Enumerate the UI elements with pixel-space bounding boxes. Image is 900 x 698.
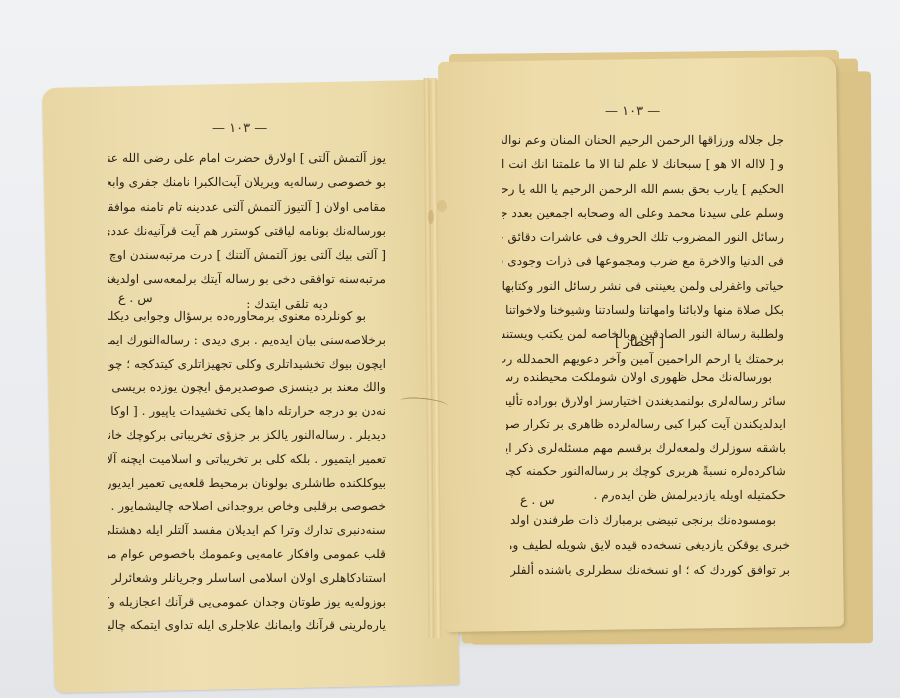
text-line: سائر رساله‌لرى بولنمديغندن اختيارسز اولا… (506, 390, 786, 414)
right-page-number: — ١٠٣ — (605, 104, 660, 119)
right-paragraph-2: بورساله‌نك محل ظهورى اولان شوملكت محيطند… (506, 366, 786, 507)
text-line: بورساله‌نك بونامه لياقتى كوسترر هم آيت ق… (108, 219, 386, 243)
text-line: بيوكلكنده طاشلرى بولونان برمحيط قلعه‌يى … (108, 472, 386, 496)
text-line: باشقه سوزلرك ولمعه‌لرك برقسم مهم مسئله‌ل… (506, 437, 786, 461)
text-line: بورساله‌نك محل ظهورى اولان شوملكت محيطند… (506, 366, 786, 390)
text-line: شاكرده‌لره نسبةً هربرى كوچك بر رساله‌الن… (506, 460, 786, 484)
text-line: الحكيم ] يارب بحق بسم الله الرحمن الرحيم… (502, 177, 784, 201)
text-line: والك معند بر دينسزى صوصديرمق ايچون يوزده… (108, 376, 386, 400)
text-line: جل جلاله ورزاقها الرحمن الرحيم الحنان ال… (502, 128, 784, 152)
paper-stain (428, 210, 434, 224)
text-line: خصوصى برقلبى وخاص بروجدانى اصلاحه چاليشم… (108, 495, 386, 519)
text-line: برخلاصه‌سنى بيان ايده‌يم . برى ديدى : رس… (108, 329, 386, 353)
text-line: فى الدنيا والاخرة مع ضرب ومجموعها فى ذرا… (502, 249, 784, 273)
text-line: بومسوده‌نك برنجى تبيضى برمبارك ذات طرفند… (510, 508, 790, 533)
text-line: و [ لااله الا هو ] سبحانك لا علم لنا الا… (502, 152, 784, 176)
left-paragraph-2: بو كونلرده معنوى برمحاوره‌ده برسؤال وجوا… (108, 305, 386, 638)
text-line: ايچون بيوك تخشيداتلرى وكلى تجهيزاتلرى كي… (108, 353, 386, 377)
left-page-number: — ١٠٣ — (212, 121, 267, 136)
text-line: حياتى واغفرلى ولمن يعيننى فى نشر رسائل ا… (502, 274, 784, 298)
text-line: وسلم على سيدنا محمد وعلى اله وصحابه اجمع… (502, 201, 784, 225)
text-line: تعمير ايتميور . بلكه كلى بر تخريباتى و ا… (108, 448, 386, 472)
text-line: استنادكاهلرى اولان اسلامى اساسلر وجريانل… (108, 567, 386, 591)
text-line: خبرى يوقكن يازديغى نسخه‌ده قيده لايق شوي… (510, 533, 790, 558)
text-line: بكل صلاة منها ولابائنا وامهاتنا ولسادتنا… (502, 298, 784, 322)
text-line: رسائل النور المضروب تلك الحروف فى عاشرات… (502, 225, 784, 249)
text-line: نه‌دن بو درجه حرارتله داها يكى تخشيدات ي… (108, 400, 386, 424)
text-line: بو كونلرده معنوى برمحاوره‌ده برسؤال وجوا… (108, 305, 386, 329)
paper-stain (437, 200, 447, 212)
text-line: [ آلتى بيك آلتى يوز آلتمش آلتنك ] درت مر… (108, 243, 386, 267)
text-line: قلب عمومى وافكار عامه‌يى وعمومك باخصوص ع… (108, 543, 386, 567)
text-line: مرتبه‌سنه توافقى دخى بو رساله آيتك برلمع… (108, 267, 386, 291)
section-heading-ikhtar: [ اخطار ] (615, 334, 664, 349)
text-line: مقامى اولان [ آلتيوز آلتمش آلتى عددينه ت… (108, 195, 386, 219)
text-line: بوزوله‌يه يوز طوتان وجدان عمومى‌يى قرآنك… (108, 591, 386, 615)
right-paragraph-3: بومسوده‌نك برنجى تبيضى برمبارك ذات طرفند… (510, 508, 790, 583)
text-line: يوز آلتمش آلتى ] اولارق حضرت امام على رض… (108, 146, 386, 170)
text-line: ايدلديكندن آيت كبرا كبى رساله‌لرده ظاهرى… (506, 413, 786, 437)
text-line: بر توافق كوردك كه ؛ او نسخه‌نك سطرلرى با… (510, 558, 790, 583)
text-line: سنه‌دنبرى تدارك وترا كم ايديلان مفسد آلت… (108, 519, 386, 543)
left-signature: س . ع (118, 290, 153, 305)
text-line: بو خصوصى رساله‌يه ويريلان آيت‌الكبرا نام… (108, 170, 386, 194)
text-line: ياره‌لرينى قرآنك وايمانك علاجلرى ايله تد… (108, 614, 386, 638)
right-signature: س . ع (520, 492, 555, 507)
text-line: ديديلر . رساله‌النور يالكز بر جزؤى تخريب… (108, 424, 386, 448)
